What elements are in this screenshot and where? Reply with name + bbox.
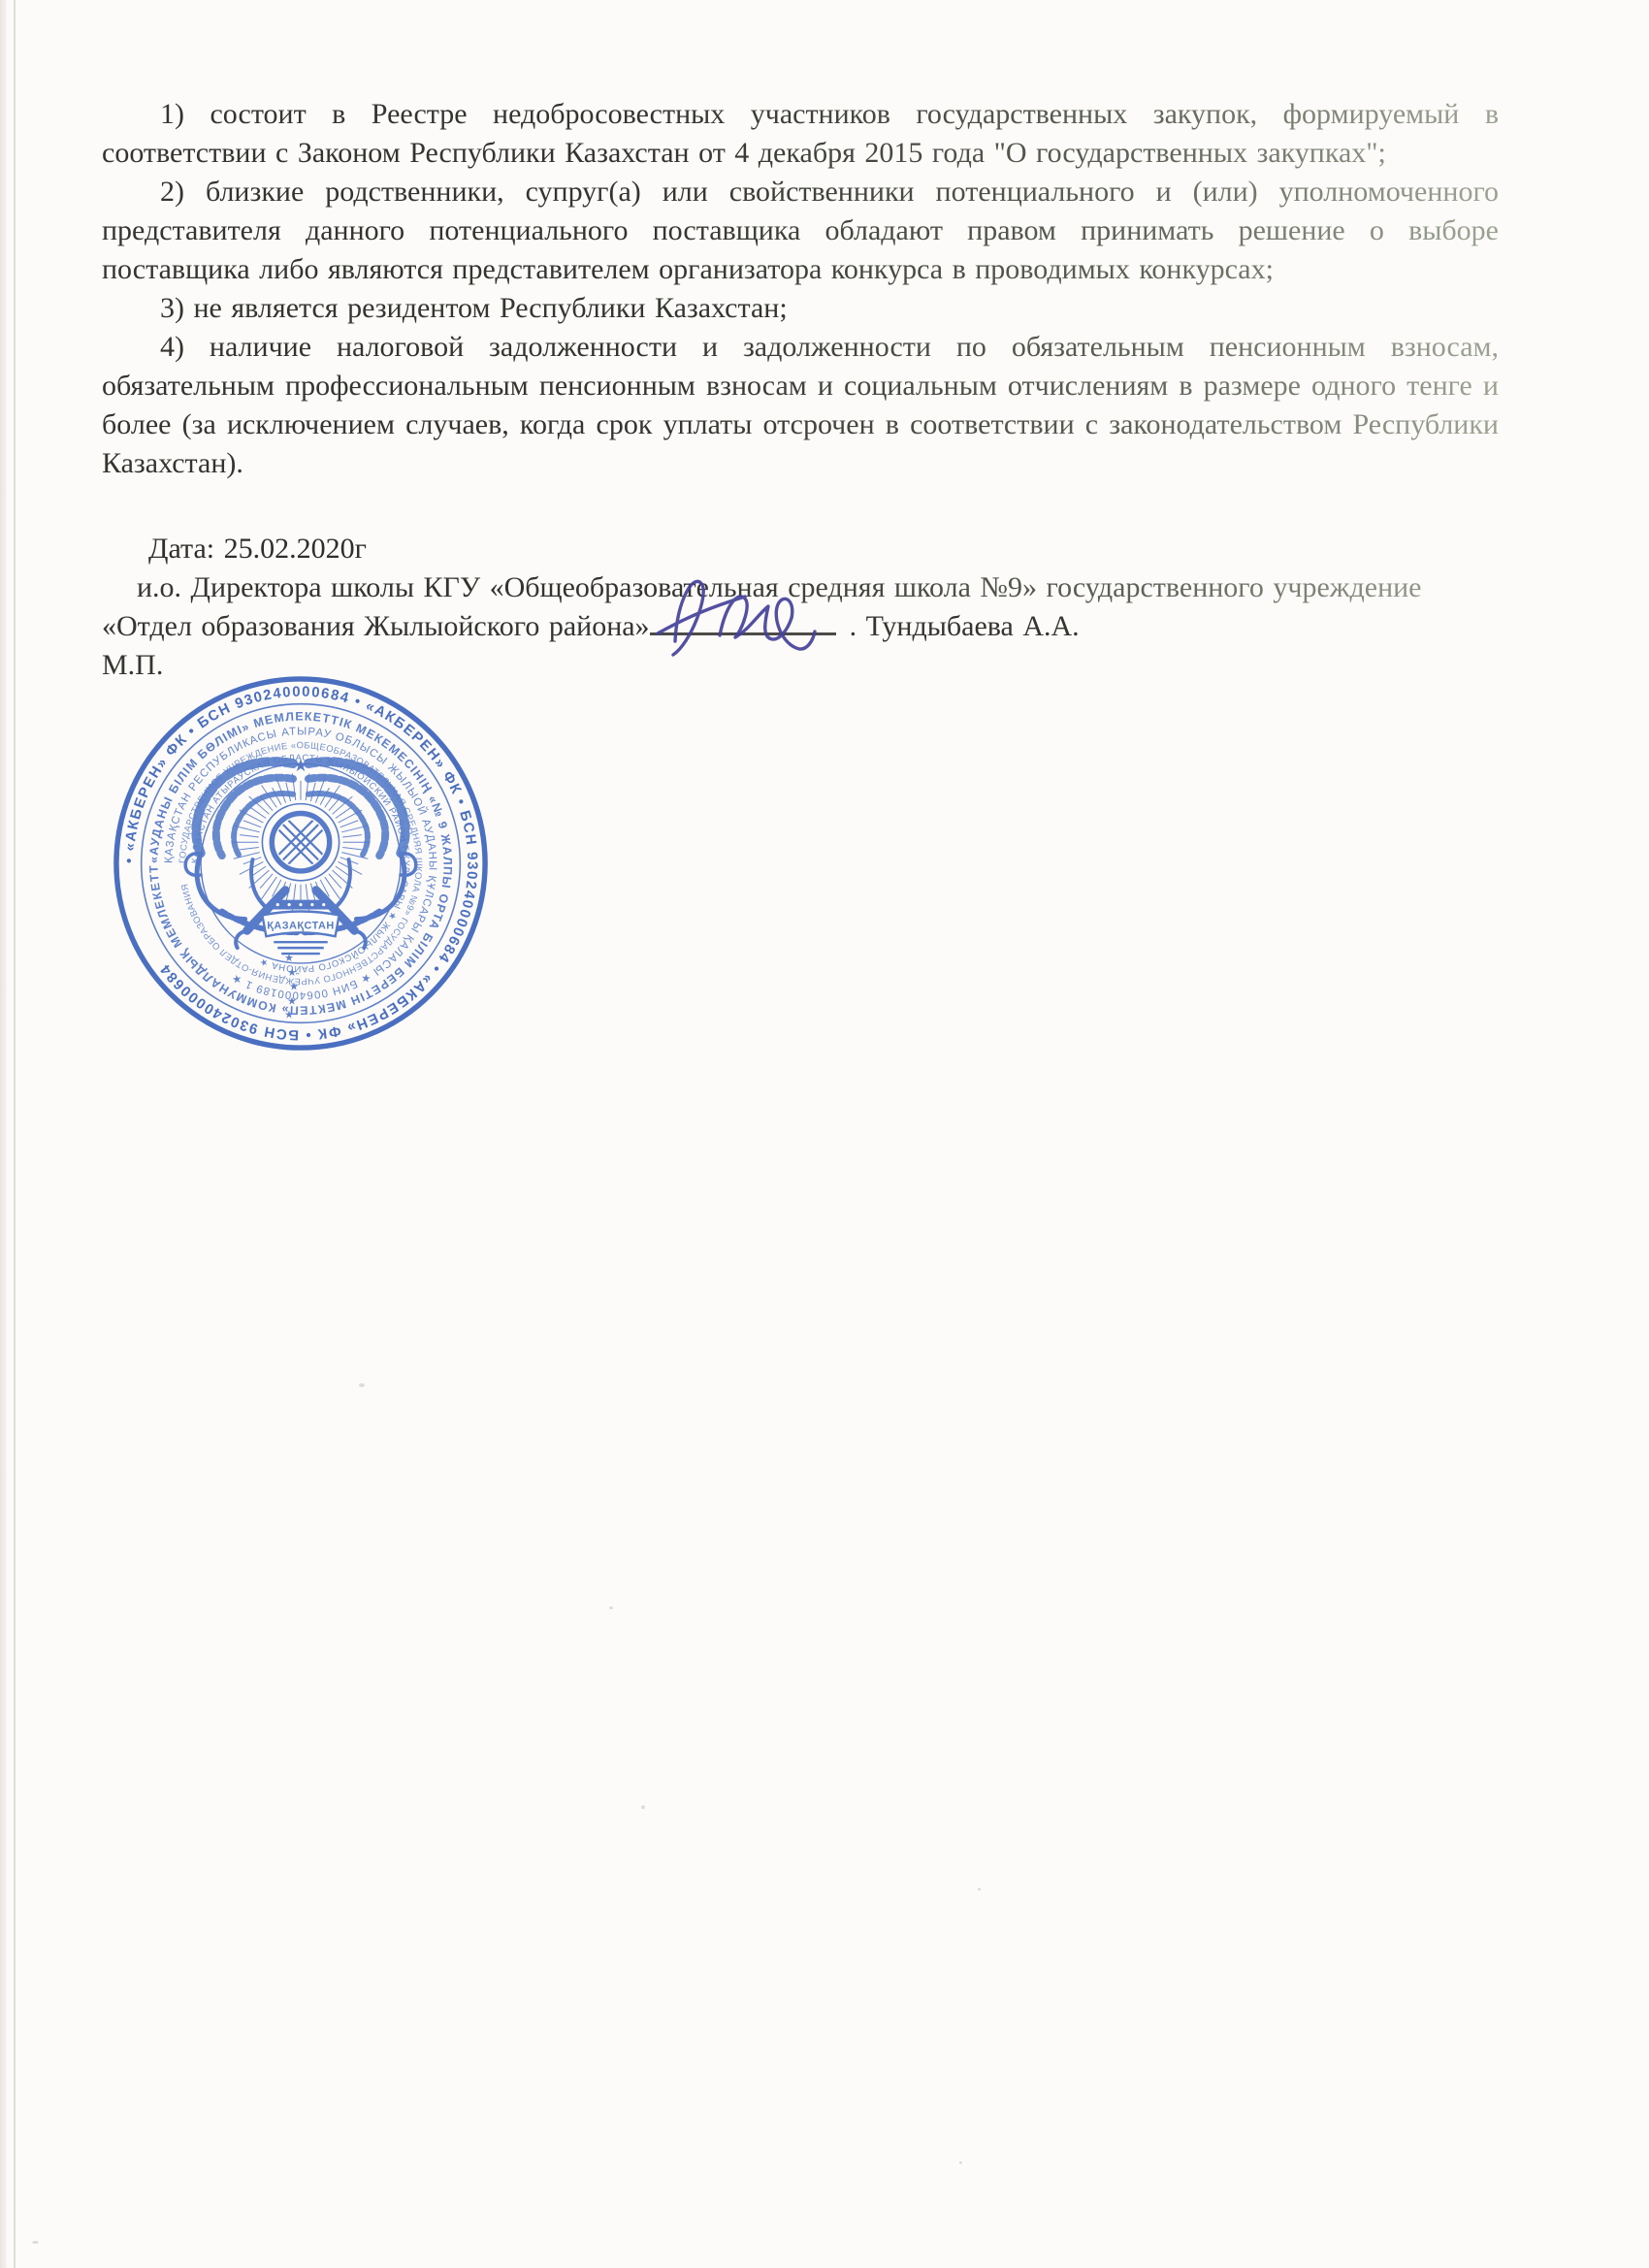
official-stamp: • «АКБЕРЕН» ФК • БСН 930240000684 • «АКБ… <box>109 671 493 1055</box>
scan-edge-shadow <box>0 0 7 2268</box>
svg-text:★: ★ <box>287 995 297 1008</box>
emblem-banner: ҚАЗАҚСТАН <box>262 900 339 954</box>
paragraph-item-1: 1) состоит в Реестре недобросовестных уч… <box>102 95 1499 173</box>
svg-text:ГОСУДАРСТВЕННОЕ УЧРЕЖДЕНИЕ «ОБ: ГОСУДАРСТВЕННОЕ УЧРЕЖДЕНИЕ «ОБЩЕОБРАЗОВА… <box>177 739 425 988</box>
svg-text:• «АКБЕРЕН» ФК • БСН 930240000: • «АКБЕРЕН» ФК • БСН 930240000684 • «АКБ… <box>122 685 480 1043</box>
handwritten-signature <box>638 552 852 668</box>
paragraph-item-4: 4) наличие налоговой задолженности и зад… <box>102 328 1499 483</box>
scan-speck <box>609 1606 613 1609</box>
signature-underline <box>650 628 836 635</box>
emblem-shanyrak-icon <box>262 804 339 881</box>
scan-speck <box>978 1888 981 1891</box>
stamp-ring4-text: ГОСУДАРСТВЕННОЕ УЧРЕЖДЕНИЕ «ОБЩЕОБРАЗОВА… <box>177 739 425 988</box>
svg-text:★: ★ <box>284 1008 294 1021</box>
emblem-banner-text: ҚАЗАҚСТАН <box>267 920 335 931</box>
paragraph-item-3: 3) не является резидентом Республики Каз… <box>102 289 1499 328</box>
stamp-svg: • «АКБЕРЕН» ФК • БСН 930240000684 • «АКБ… <box>109 671 493 1055</box>
svg-text:★: ★ <box>287 966 297 979</box>
signatory-name: . Тундыбаева А.А. <box>850 610 1080 642</box>
document-body: 1) состоит в Реестре недобросовестных уч… <box>102 95 1499 685</box>
scan-speck <box>359 1383 365 1387</box>
stamp-outer-ring-text: • «АКБЕРЕН» ФК • БСН 930240000684 • «АКБ… <box>122 685 480 1043</box>
svg-text:★: ★ <box>284 952 294 964</box>
signature-line-prefix: «Отдел образования Жылыойского района» <box>102 610 650 642</box>
svg-text:★: ★ <box>289 981 299 993</box>
scan-speck <box>641 1805 645 1809</box>
scan-edge-line <box>14 0 16 2268</box>
signature-line: «Отдел образования Жылыойского района» .… <box>102 607 1499 646</box>
scan-speck <box>32 2241 39 2244</box>
document-page: 1) состоит в Реестре недобросовестных уч… <box>0 0 1649 2268</box>
paragraph-item-2: 2) близкие родственники, супруг(а) или с… <box>102 173 1499 289</box>
scan-speck <box>959 2161 962 2164</box>
